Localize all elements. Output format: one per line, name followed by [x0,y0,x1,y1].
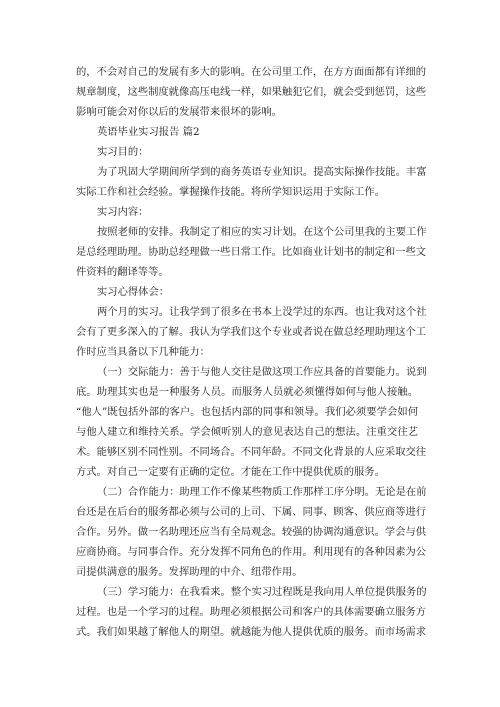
text-line: 实习心得体会： [76,282,418,302]
text-line: 术。能够区别不同性别。不同场合。不同年龄。不同文化背景的人应采取交往 [76,442,418,462]
text-line: 是总经理助理。协助总经理做一些日常工作。比如商业计划书的制定和一些文 [76,242,418,262]
text-line: 影响可能会对你以后的发展带来很坏的影响。 [76,102,418,122]
text-line: “他人”既包括外部的客户。也包括内部的同事和领导。我们必须要学会如何 [76,402,418,422]
text-line: 件资料的翻译等等。 [76,262,418,282]
text-line: 司提供满意的服务。发挥助理的中介、纽带作用。 [76,562,418,582]
text-line: （三）学习能力：在我看来。整个实习过程既是我向用人单位提供服务的 [76,582,418,602]
text-line: 实习目的： [76,142,418,162]
text-line: 为了巩固大学期间所学到的商务英语专业知识。提高实际操作技能。丰富 [76,162,418,182]
text-line: 实际工作和社会经验。掌握操作技能。将所学知识运用于实际工作。 [76,182,418,202]
text-line: 按照老师的安排。我制定了相应的实习计划。在这个公司里我的主要工作 [76,222,418,242]
text-line: 两个月的实习。让我学到了很多在书本上没学过的东西。也让我对这个社 [76,302,418,322]
text-line: 底。助理其实也是一种服务人员。而服务人员就必须懂得如何与他人接触。 [76,382,418,402]
text-line: 应商协商。与同事合作。充分发挥不同角色的作用。利用现有的各种因素为公 [76,542,418,562]
text-line: 台还是在后台的服务都必须与公司的上司、下属、同事、顾客、供应商等进行 [76,502,418,522]
section-title: 英语毕业实习报告 篇2 [76,122,418,142]
text-line: 与他人建立和维持关系。学会倾听别人的意见表达自己的想法。注重交往艺 [76,422,418,442]
text-line: 合作。另外。做一名助理还应当有全局观念。较强的协调沟通意识。学会与供 [76,522,418,542]
text-line: 过程。也是一个学习的过程。助理必须根据公司和客户的具体需要确立服务方 [76,602,418,622]
document-body: 的，不会对自己的发展有多大的影响。在公司里工作，在方方面面都有详细的规章制度，这… [76,62,418,642]
document-page: 的，不会对自己的发展有多大的影响。在公司里工作，在方方面面都有详细的规章制度，这… [0,0,500,707]
text-line: （二）合作能力：助理工作不像某些物质工作那样工序分明。无论是在前 [76,482,418,502]
text-line: 作时应当具备以下几种能力： [76,342,418,362]
text-line: 实习内容： [76,202,418,222]
text-line: 的，不会对自己的发展有多大的影响。在公司里工作，在方方面面都有详细的 [76,62,418,82]
text-line: 方式。对自己一定要有正确的定位。才能在工作中提供优质的服务。 [76,462,418,482]
text-line: （一）交际能力：善于与他人交往是做这项工作应具备的首要能力。说到 [76,362,418,382]
text-line: 规章制度，这些制度就像高压电线一样，如果触犯它们，就会受到惩罚，这些 [76,82,418,102]
text-line: 式。我们如果越了解他人的期望。就越能为他人提供优质的服务。而市场需求 [76,622,418,642]
text-line: 会有了更多深入的了解。我认为学我们这个专业或者说在做总经理助理这个工 [76,322,418,342]
